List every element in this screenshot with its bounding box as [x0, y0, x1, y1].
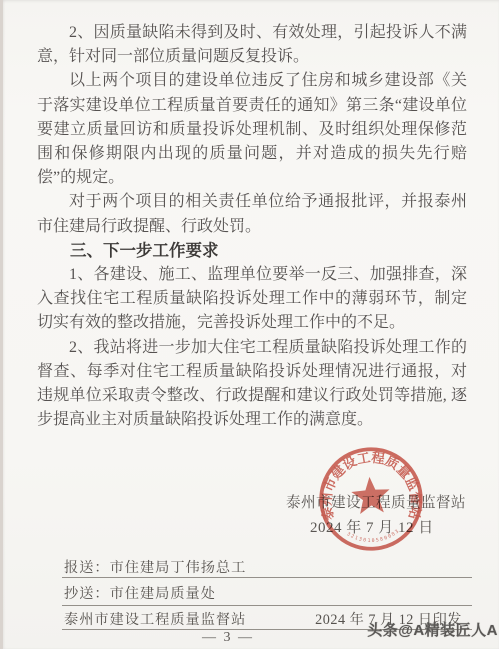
copy-to-label: 抄送： [64, 586, 110, 602]
seal-star-icon [350, 475, 391, 514]
footer-divider [62, 577, 472, 578]
paragraph: 2、我站将进一步加大住宅工程质量缺陷投诉处理工作的督查、每季对住宅工程质量缺陷投… [37, 336, 467, 433]
toutiao-watermark: 头条@A精装匠人A [367, 619, 498, 640]
report-to-value: 市住建局丁伟扬总工 [110, 560, 247, 576]
copy-to-value: 市住建局质量处 [110, 586, 216, 602]
footer-divider [62, 605, 472, 606]
issuer-name: 泰州市建设工程质量监督站 [64, 609, 246, 629]
paragraph: 以上两个项目的建设单位违反了住房和城乡建设部《关于落实建设单位工程质量首要责任的… [37, 69, 467, 190]
paragraph: 2、因质量缺陷未得到及时、有效处理，引起投诉人不满意，针对同一部位质量问题反复投… [37, 21, 467, 69]
paragraph: 对于两个项目的相关责任单位给予通报批评，并报泰州市住建局行政提醒、行政处罚。 [37, 190, 467, 238]
report-to-label: 报送： [64, 560, 110, 576]
scanned-document-page: 2、因质量缺陷未得到及时、有效处理，引起投诉人不满意，针对同一部位质量问题反复投… [0, 0, 499, 649]
copy-to-row: 抄送：市住建局质量处 [64, 583, 216, 603]
paragraph: 1、各建设、施工、监理单位要举一反三、加强排查，深入查找住宅工程质量缺陷投诉处理… [37, 263, 467, 336]
official-seal-icon: 泰州市建设工程质量监督站 3213010580083 [313, 441, 428, 556]
document-body: 2、因质量缺陷未得到及时、有效处理，引起投诉人不满意，针对同一部位质量问题反复投… [37, 21, 467, 432]
report-to-row: 报送：市住建局丁伟扬总工 [64, 557, 246, 577]
page-number: — 3 — [178, 630, 278, 646]
section-heading: 三、下一步工作要求 [37, 239, 467, 263]
